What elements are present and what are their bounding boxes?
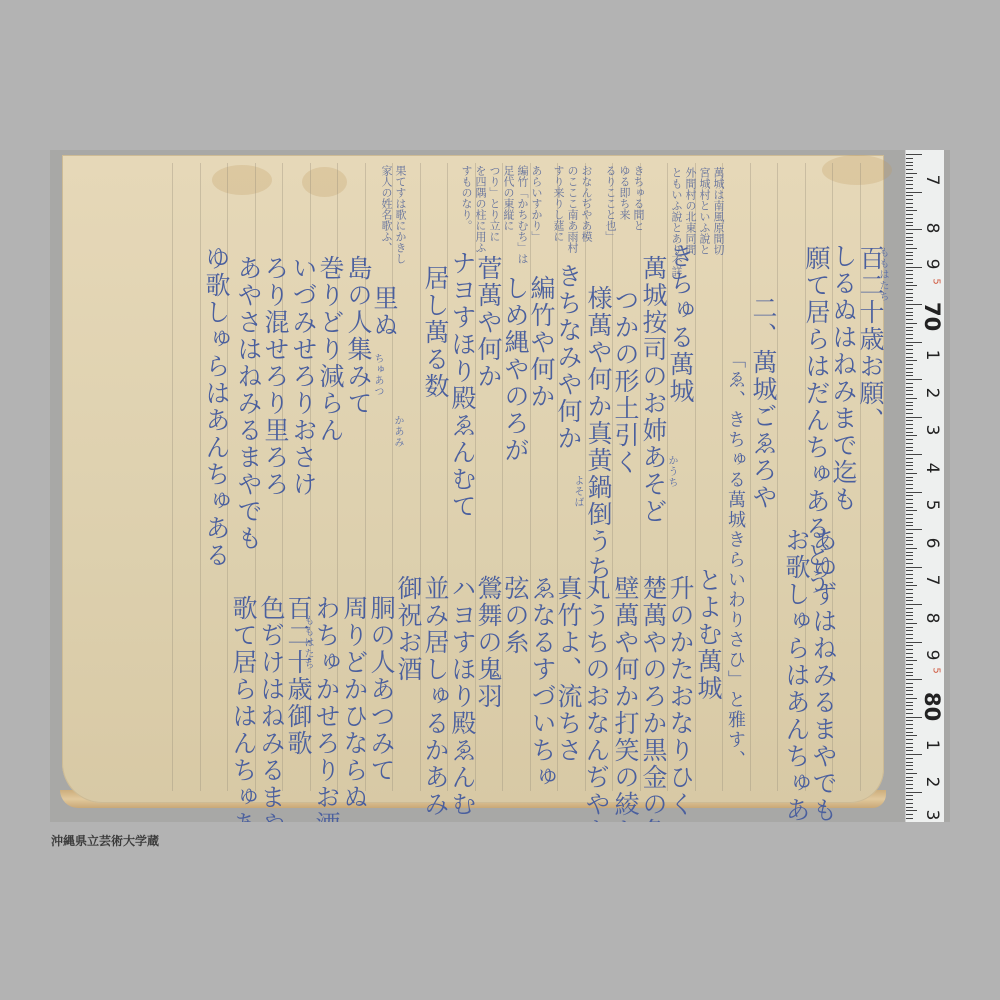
ruler-tick [906, 548, 917, 549]
ruler-tick [906, 679, 922, 680]
ruler-tick [906, 780, 913, 781]
ruler-tick [906, 240, 913, 241]
ruler-tick [906, 698, 917, 699]
ruler-tick [906, 413, 913, 414]
ruler-tick [906, 522, 913, 523]
ruler-tick [906, 394, 913, 395]
ruler-tick [906, 184, 913, 185]
ruler-tick [906, 203, 913, 204]
ruler-tick [906, 544, 913, 545]
ruler-label: 5 [931, 272, 942, 292]
ruler-tick [906, 162, 913, 163]
ruler-label: 3 [922, 420, 942, 440]
ruler-tick [906, 274, 913, 275]
ruler-tick [906, 188, 913, 189]
handwritten-verse-column: 願て居らはだんちゅあるどう [798, 245, 834, 596]
ruler-tick [906, 627, 913, 628]
ruler-tick [906, 259, 913, 260]
margin-note-column: るりここと也」 [602, 165, 618, 242]
ruler-tick [906, 379, 922, 380]
ruler-tick [906, 777, 913, 778]
ruby-annotation: かあみ [390, 415, 405, 448]
ruler-tick [906, 195, 913, 196]
notebook-photo: あゆずはねみるまやでもお歌しゅらはあんちゅあるどう百二十歳お願、しるぬはねみまで… [50, 150, 950, 822]
ruler-tick [906, 660, 917, 661]
ruler-tick [906, 158, 913, 159]
ruler-tick [906, 818, 913, 819]
ruler-tick [906, 327, 913, 328]
ruler-tick [906, 645, 913, 646]
margin-note-column: 編竹「かちむち」は [514, 165, 530, 264]
ruler-tick [906, 255, 913, 256]
ruler-tick [906, 570, 913, 571]
ruler-tick [906, 630, 913, 631]
margin-note-column: 萬城は南風原間切 [710, 167, 726, 255]
ruler-tick [906, 289, 913, 290]
ruler-tick [906, 552, 913, 553]
ruler-tick [906, 743, 913, 744]
ruler-tick [906, 222, 913, 223]
ruler-tick [906, 308, 913, 309]
ruler-tick [906, 218, 913, 219]
ruler-tick [906, 589, 913, 590]
ruler-tick [906, 473, 917, 474]
margin-note-column: 外間村の北東同間 [682, 167, 698, 255]
ruler-tick [906, 642, 922, 643]
ruler-tick [906, 390, 913, 391]
ruler-tick [906, 244, 913, 245]
notebook-page: あゆずはねみるまやでもお歌しゅらはあんちゅあるどう百二十歳お願、しるぬはねみまで… [62, 155, 884, 803]
ruler-tick [906, 567, 922, 568]
ruler-tick [906, 323, 917, 324]
margin-note-column: 家人の姓名歌ふ、 [378, 165, 394, 253]
ruler-tick [906, 649, 913, 650]
ruler-tick [906, 657, 913, 658]
ruler-tick [906, 180, 913, 181]
ruler-tick [906, 503, 913, 504]
ruler-tick [906, 229, 922, 230]
ruler-tick [906, 653, 913, 654]
section-heading: 二、萬城ごゑろや [745, 295, 781, 511]
ruler-label: 5 [931, 661, 942, 681]
ruler-label: 80 [920, 692, 944, 712]
ruler-tick [906, 173, 917, 174]
ruler-tick [906, 525, 913, 526]
ruler-tick [906, 282, 913, 283]
ruler-label: 8 [922, 608, 942, 628]
margin-note-column: きちゅる間と [630, 165, 646, 231]
ruler-label: 2 [922, 383, 942, 403]
ruler-tick [906, 514, 913, 515]
ruler-tick [906, 402, 913, 403]
ruler-tick [906, 372, 913, 373]
ruler-tick [906, 199, 913, 200]
ruler-tick [906, 664, 913, 665]
ruler-tick [906, 334, 913, 335]
margin-note-column: つり」とり立に [486, 165, 502, 242]
ruler-tick [906, 484, 913, 485]
ruler-tick [906, 638, 913, 639]
paper-stain [212, 165, 272, 195]
ruler-tick [906, 540, 913, 541]
ruler-tick [906, 492, 922, 493]
ruler-tick [906, 537, 913, 538]
ruler-tick [906, 769, 913, 770]
handwritten-verse-column: 歌て居らはんちゅあるどう [225, 595, 261, 822]
ruler-tick [906, 353, 913, 354]
ruler-tick [906, 342, 922, 343]
ruler-tick [906, 480, 913, 481]
ruler-tick [906, 364, 913, 365]
ruler-tick [906, 754, 922, 755]
ruler-tick [906, 732, 913, 733]
handwritten-verse-column: ゆ歌しゅらはあんちゅある [198, 245, 234, 569]
ruler-tick [906, 728, 913, 729]
ruler-tick [906, 510, 917, 511]
ruler-tick [906, 165, 913, 166]
ruler-tick [906, 612, 913, 613]
ruler-tick [906, 705, 913, 706]
ruler-tick [906, 285, 917, 286]
ruler-label: 8 [922, 218, 942, 238]
ruled-line [172, 163, 173, 791]
ruler-tick [906, 593, 913, 594]
ruler-tick [906, 597, 913, 598]
ruler-tick [906, 765, 913, 766]
ruby-annotation: ももはたち [875, 247, 890, 302]
ruler-tick [906, 747, 913, 748]
ruler-label: 4 [922, 458, 942, 478]
ruler-tick [906, 687, 913, 688]
ruler-tick [906, 225, 913, 226]
ruler-tick [906, 154, 922, 155]
ruler-tick [906, 432, 913, 433]
ruler-tick [906, 293, 913, 294]
ruler-tick [906, 387, 913, 388]
ruler-tick [906, 469, 913, 470]
ruler-tick [906, 739, 913, 740]
ruler-tick [906, 458, 913, 459]
ruler-tick [906, 454, 922, 455]
ruler-tick [906, 507, 913, 508]
margin-note-column: のこここ南あ雨村 [564, 165, 580, 253]
ruler-tick [906, 784, 913, 785]
ruler-label: 7 [922, 170, 942, 190]
margin-note-column: すものなり。 [458, 165, 474, 231]
ruler-tick [906, 758, 913, 759]
ruby-annotation: ももはたち [300, 615, 315, 670]
ruler-tick [906, 807, 913, 808]
ruler-tick [906, 604, 922, 605]
ruler-tick [906, 735, 917, 736]
ruler-tick [906, 439, 913, 440]
ruler-tick [906, 690, 913, 691]
ruler-tick [906, 788, 913, 789]
ruler-tick [906, 578, 913, 579]
ruler-label: 6 [922, 533, 942, 553]
ruler-tick [906, 315, 913, 316]
ruby-annotation: よそば [570, 475, 585, 508]
ruler-tick [906, 409, 913, 410]
ruler-tick [906, 600, 913, 601]
ruler-tick [906, 435, 917, 436]
ruler-tick [906, 623, 917, 624]
ruler-tick [906, 634, 913, 635]
section-subheading: 「ゑ、きちゅる萬城きらいわりさひ」と雅す、 [722, 350, 748, 770]
ruby-annotation: かうち [664, 455, 679, 488]
ruler-tick [906, 214, 913, 215]
ruler-tick [906, 668, 913, 669]
margin-note-column: ゆる即ち来 [616, 165, 632, 220]
ruler-tick [906, 713, 913, 714]
ruler-tick [906, 360, 917, 361]
ruler-tick [906, 177, 913, 178]
margin-note-column: 果てすは歌にかきし [392, 165, 408, 264]
ruler-tick [906, 368, 913, 369]
ruler-tick [906, 263, 913, 264]
ruler-tick [906, 814, 913, 815]
ruler-tick [906, 702, 913, 703]
ruler-tick [906, 405, 913, 406]
ruler-tick [906, 574, 913, 575]
ruler-tick [906, 683, 913, 684]
ruler-tick [906, 338, 913, 339]
ruler-tick [906, 499, 913, 500]
ruler-label: 3 [922, 805, 942, 822]
ruler-tick [906, 383, 913, 384]
ruler-tick [906, 192, 922, 193]
ruler-tick [906, 619, 913, 620]
ruler-tick [906, 443, 913, 444]
ruler-tick [906, 563, 913, 564]
ruler-tick [906, 450, 913, 451]
margin-note-column: 足代の東縦に [500, 165, 516, 231]
ruler-tick [906, 762, 913, 763]
ruler-tick [906, 675, 913, 676]
ruler-tick [906, 428, 913, 429]
ruler-tick [906, 529, 922, 530]
ruler-tick [906, 465, 913, 466]
ruler-tick [906, 357, 913, 358]
ruler-label: 70 [920, 302, 944, 322]
ruler-tick [906, 398, 917, 399]
ruler-label: 1 [922, 345, 942, 365]
handwritten-verse-column: あやさはねみるまやでも [230, 255, 266, 552]
ruler-tick [906, 267, 922, 268]
ruler-tick [906, 582, 913, 583]
margin-note-column: おなんぢやあ模 [578, 165, 594, 242]
measuring-ruler: 789570123456789580123 [905, 150, 944, 822]
collection-caption: 沖縄県立芸術大学蔵 [51, 832, 159, 849]
ruler-tick [906, 252, 913, 253]
margin-note-column: を四隅の柱に用ふ [472, 165, 488, 253]
ruler-tick [906, 792, 922, 793]
ruler-tick [906, 330, 913, 331]
ruler-tick [906, 488, 913, 489]
ruler-tick [906, 349, 913, 350]
ruler-tick [906, 608, 913, 609]
ruby-annotation: ちゅあつ [370, 353, 385, 397]
ruler-tick [906, 278, 913, 279]
margin-note-column: あらいすかり」 [528, 165, 544, 242]
ruler-tick [906, 270, 913, 271]
ruler-tick [906, 420, 913, 421]
ruler-tick [906, 495, 913, 496]
ruler-tick [906, 462, 913, 463]
ruler-tick [906, 720, 913, 721]
ruler-tick [906, 810, 917, 811]
ruler-label: 2 [922, 772, 942, 792]
ruler-tick [906, 585, 917, 586]
ruler-tick [906, 297, 913, 298]
ruler-tick [906, 672, 913, 673]
ruler-tick [906, 724, 913, 725]
ruler-tick [906, 559, 913, 560]
ruler-tick [906, 447, 913, 448]
ruler-tick [906, 533, 913, 534]
ruler-tick [906, 795, 913, 796]
ruler-tick [906, 169, 913, 170]
ruler-tick [906, 750, 913, 751]
ruler-tick [906, 803, 913, 804]
ruler-tick [906, 210, 917, 211]
ruler-tick [906, 518, 913, 519]
ruler-tick [906, 300, 913, 301]
ruler-tick [906, 773, 917, 774]
margin-note-column: すり来りし莚に [550, 165, 566, 242]
margin-note-column: 宮城村といふ說と [696, 167, 712, 255]
ruler-tick [906, 615, 913, 616]
ruler-tick [906, 799, 913, 800]
ruler-tick [906, 237, 913, 238]
ruler-tick [906, 694, 913, 695]
ruler-label: 5 [922, 495, 942, 515]
ruler-tick [906, 345, 913, 346]
ruler-tick [906, 375, 913, 376]
ruler-tick [906, 709, 913, 710]
ruler-label: 1 [922, 735, 942, 755]
ruler-tick [906, 477, 913, 478]
handwritten-verse-column: 居し萬る数 [417, 265, 453, 400]
ruler-tick [906, 424, 913, 425]
ruler-tick [906, 248, 917, 249]
ruler-tick [906, 417, 922, 418]
ruler-tick [906, 555, 913, 556]
ruler-tick [906, 207, 913, 208]
ruler-tick [906, 233, 913, 234]
ruler-label: 7 [922, 570, 942, 590]
ruler-tick [906, 312, 913, 313]
ruler-tick [906, 319, 913, 320]
